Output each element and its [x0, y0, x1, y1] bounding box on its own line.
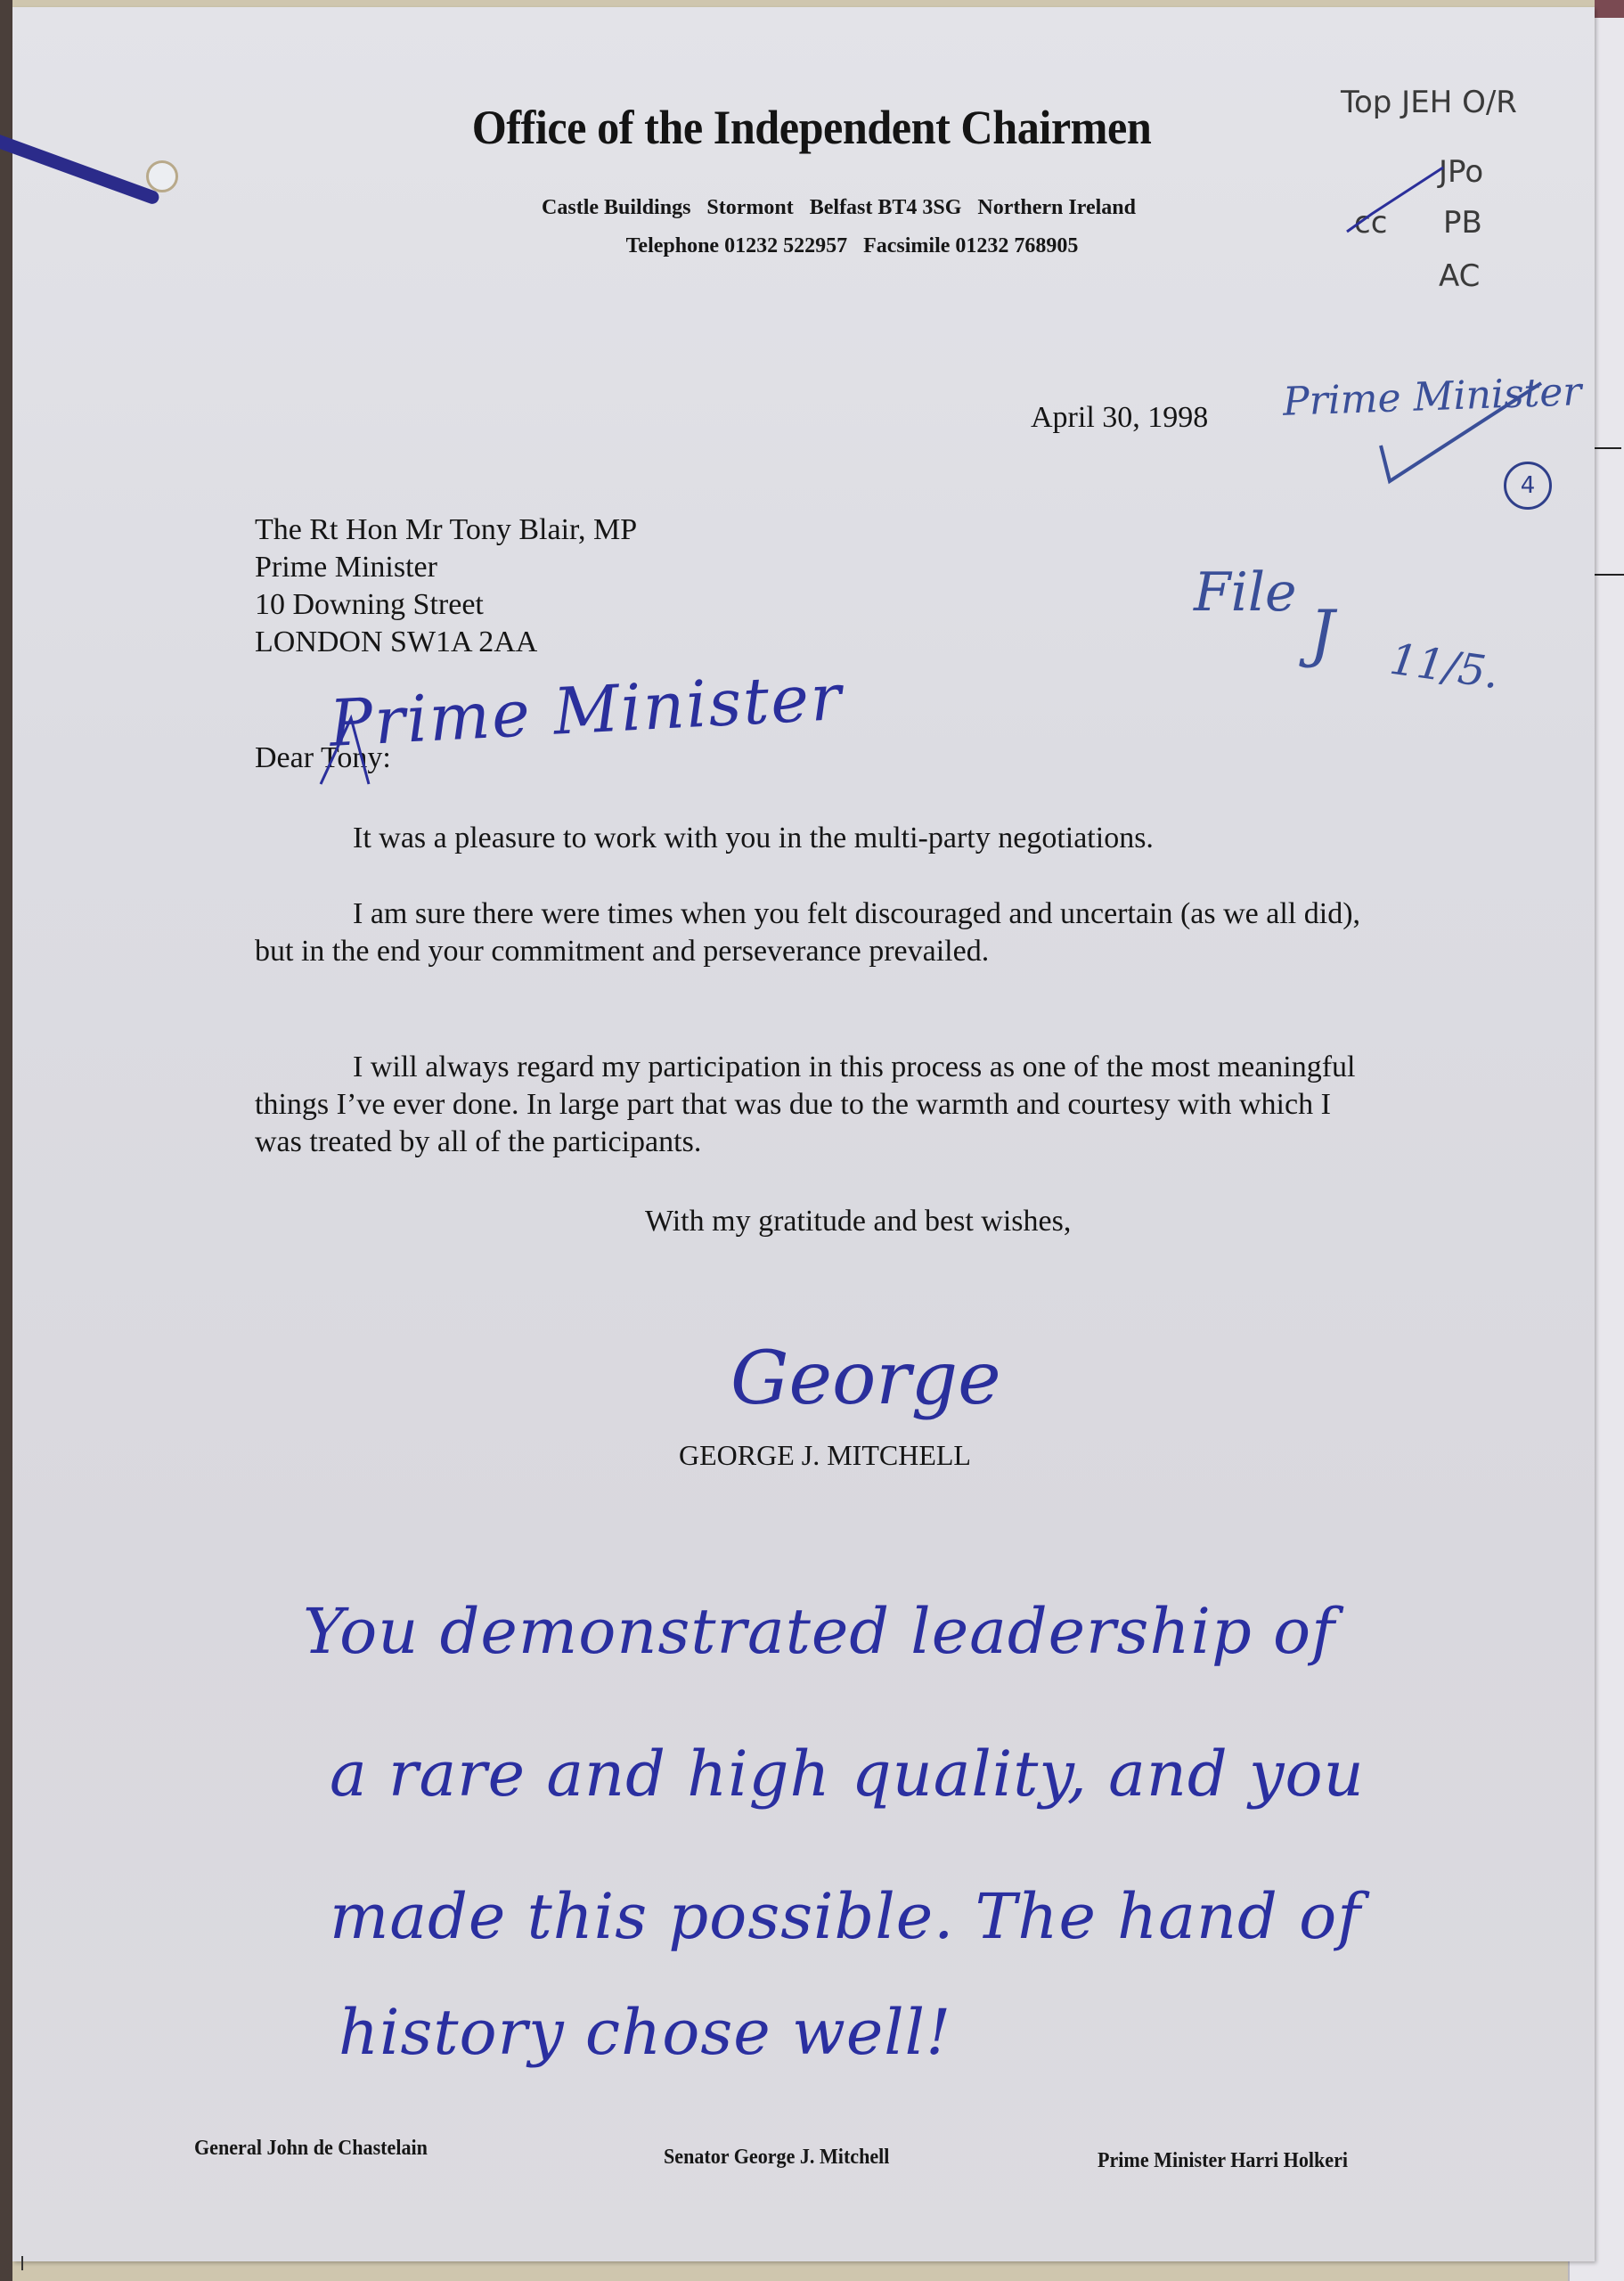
letter-date: April 30, 1998 [1031, 399, 1208, 437]
body-paragraph: I am sure there were times when you felt… [255, 895, 1395, 970]
body-paragraph: It was a pleasure to work with you in th… [255, 820, 1413, 857]
routing-annotation: Top JEH O/R [1341, 85, 1517, 120]
body-paragraph: I will always regard my participation in… [255, 1049, 1359, 1161]
footer-chairman: General John de Chastelain [194, 2137, 428, 2161]
desk-background-edge [0, 0, 12, 2281]
salutation-prefix: Dear [255, 741, 321, 774]
punch-hole [146, 160, 178, 192]
handwritten-note-line: history chose well! [339, 1996, 951, 2069]
footer-chairman: Senator George J. Mitchell [664, 2146, 889, 2170]
edge-mark [1595, 447, 1621, 449]
address-line: 10 Downing Street [255, 586, 637, 624]
signatory-name: GEORGE J. MITCHELL [679, 1436, 971, 1474]
handwritten-note-line: You demonstrated leadership of [303, 1595, 1335, 1668]
footer-chairman: Prime Minister Harri Holkeri [1098, 2149, 1348, 2173]
edge-mark [21, 2256, 23, 2270]
address-line: The Rt Hon Mr Tony Blair, MP [255, 511, 637, 549]
paragraph-text: It was a pleasure to work with you in th… [353, 822, 1154, 854]
handwritten-signature: George [730, 1337, 1001, 1421]
handwritten-note-line: made this possible. The hand of [330, 1880, 1361, 1953]
paragraph-text: I will always regard my participation in… [255, 1051, 1356, 1158]
address-line: Prime Minister [255, 549, 637, 586]
routing-check-stroke [1336, 160, 1461, 241]
recipient-address: The Rt Hon Mr Tony Blair, MP Prime Minis… [255, 511, 637, 661]
closing: With my gratitude and best wishes, [645, 1203, 1071, 1240]
circled-number: 4 [1504, 462, 1552, 510]
edge-mark [1595, 574, 1624, 576]
handwritten-note-line: a rare and high quality, and you [330, 1737, 1365, 1811]
address-line: LONDON SW1A 2AA [255, 624, 637, 661]
file-annotation: File [1194, 561, 1297, 624]
paragraph-text: I am sure there were times when you felt… [255, 897, 1360, 968]
routing-recipient: AC [1439, 258, 1480, 294]
file-initials: J [1310, 597, 1334, 670]
